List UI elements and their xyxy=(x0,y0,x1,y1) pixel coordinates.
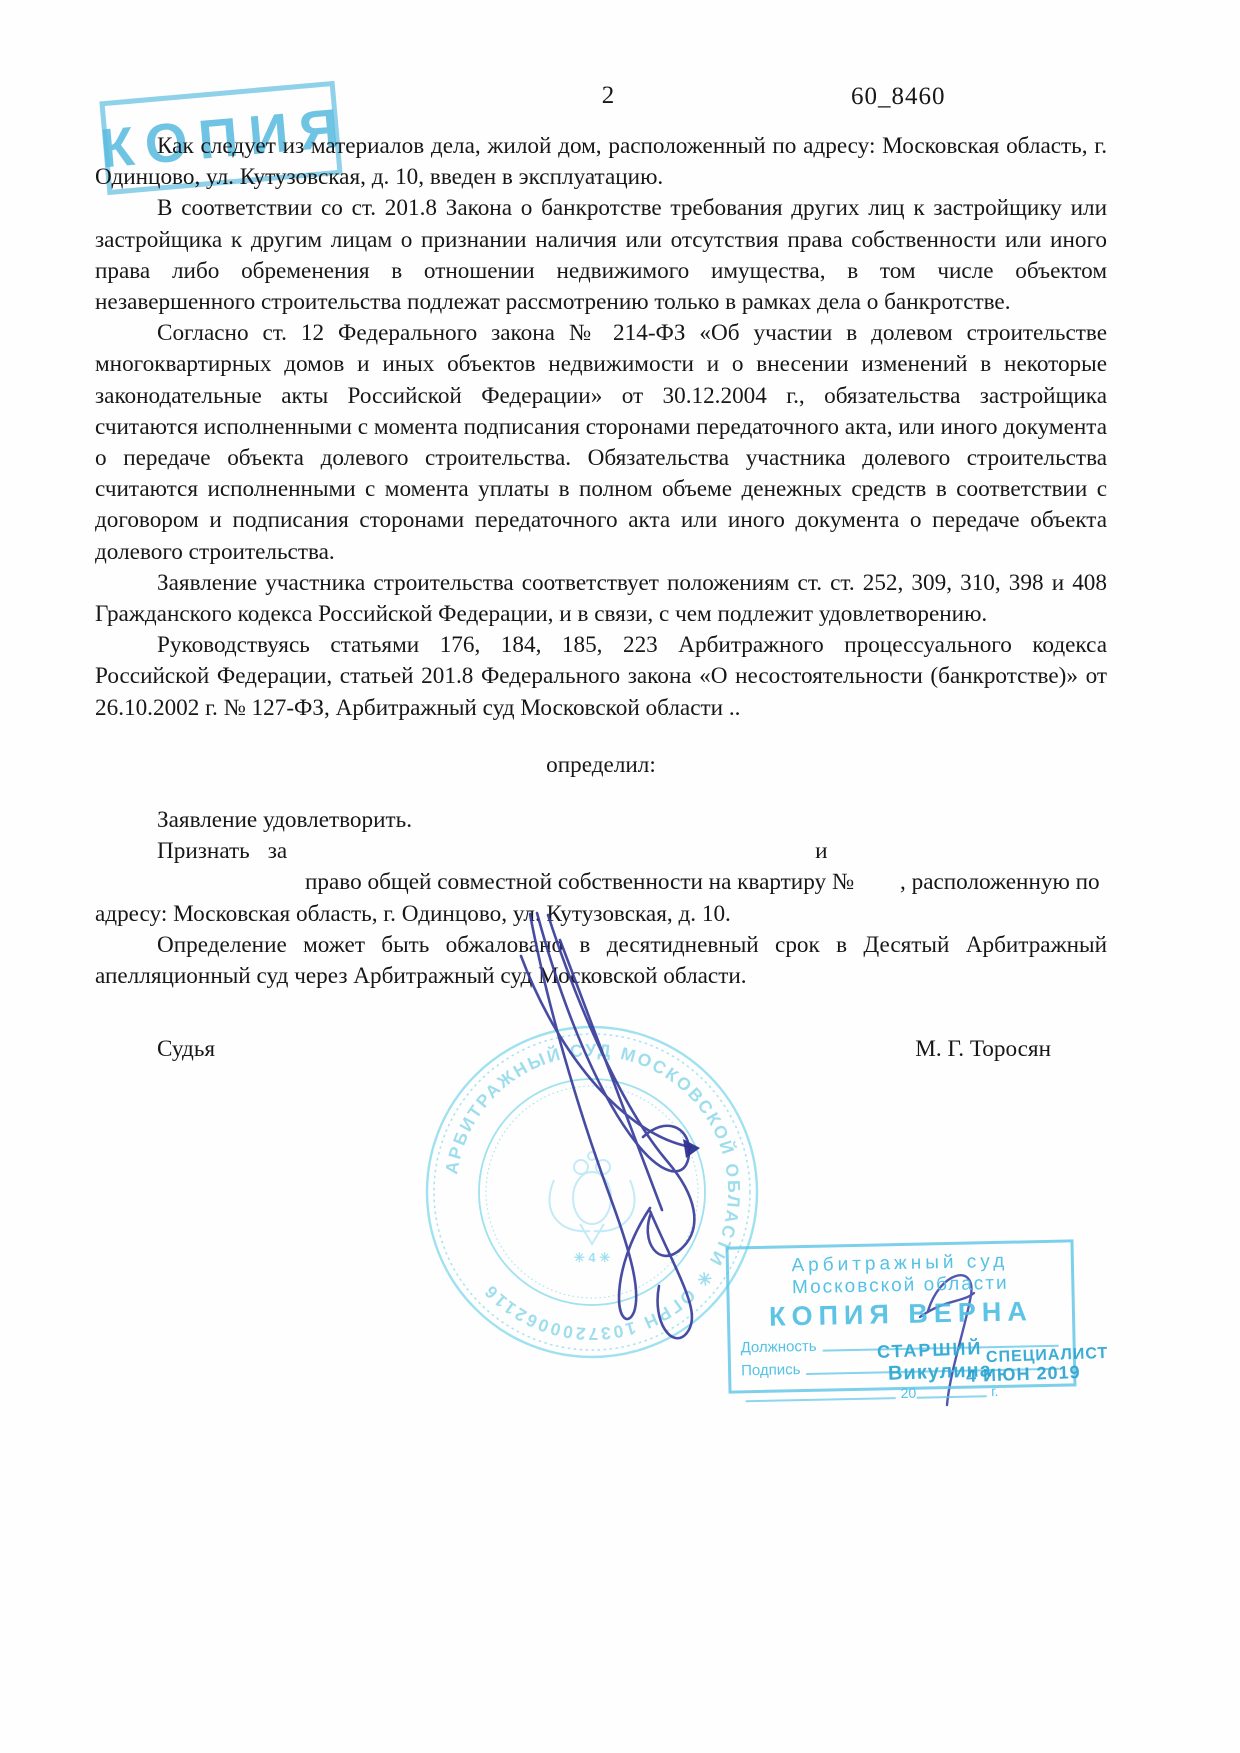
operative-heading: определил: xyxy=(95,750,1107,781)
kvartira-text: , расположенную по xyxy=(900,869,1100,895)
judge-name: М. Г. Торосян xyxy=(915,1034,1051,1065)
stamp-field-signature-label: Подпись xyxy=(741,1361,801,1379)
blank-line xyxy=(916,1385,986,1398)
paragraph: Согласно ст. 12 Федерального закона № 21… xyxy=(95,318,1107,568)
document-code: 60_8460 xyxy=(851,83,946,111)
priznat-word: Признать xyxy=(157,838,250,864)
stamp-title: КОПИЯ ВЕРНА xyxy=(730,1295,1073,1333)
operative-satisfy: Заявление удовлетворить. xyxy=(95,805,1107,836)
paragraph: Руководствуясь статьями 176, 184, 185, 2… xyxy=(95,630,1107,724)
stamp-field-position-label: Должность xyxy=(740,1338,816,1357)
stamp-year-prefix: 20 xyxy=(900,1385,916,1401)
paragraph: Как следует из материалов дела, жилой до… xyxy=(95,131,1107,193)
operative-priznat-line: Признатьзаи xyxy=(95,836,1107,867)
judge-role-label: Судья xyxy=(157,1034,215,1065)
scanned-court-ruling-page: 2 60_8460 КОПИЯ Как следует из материало… xyxy=(0,0,1240,1753)
date-stamp: 4 ИЮН 2019 xyxy=(966,1362,1081,1387)
paragraph: Заявление участника строительства соотве… xyxy=(95,568,1107,630)
blank-line xyxy=(746,1387,896,1402)
priznat-word: и xyxy=(815,838,827,864)
priznat-word: за xyxy=(268,838,287,864)
paragraph: В соответствии со ст. 201.8 Закона о бан… xyxy=(95,193,1107,318)
